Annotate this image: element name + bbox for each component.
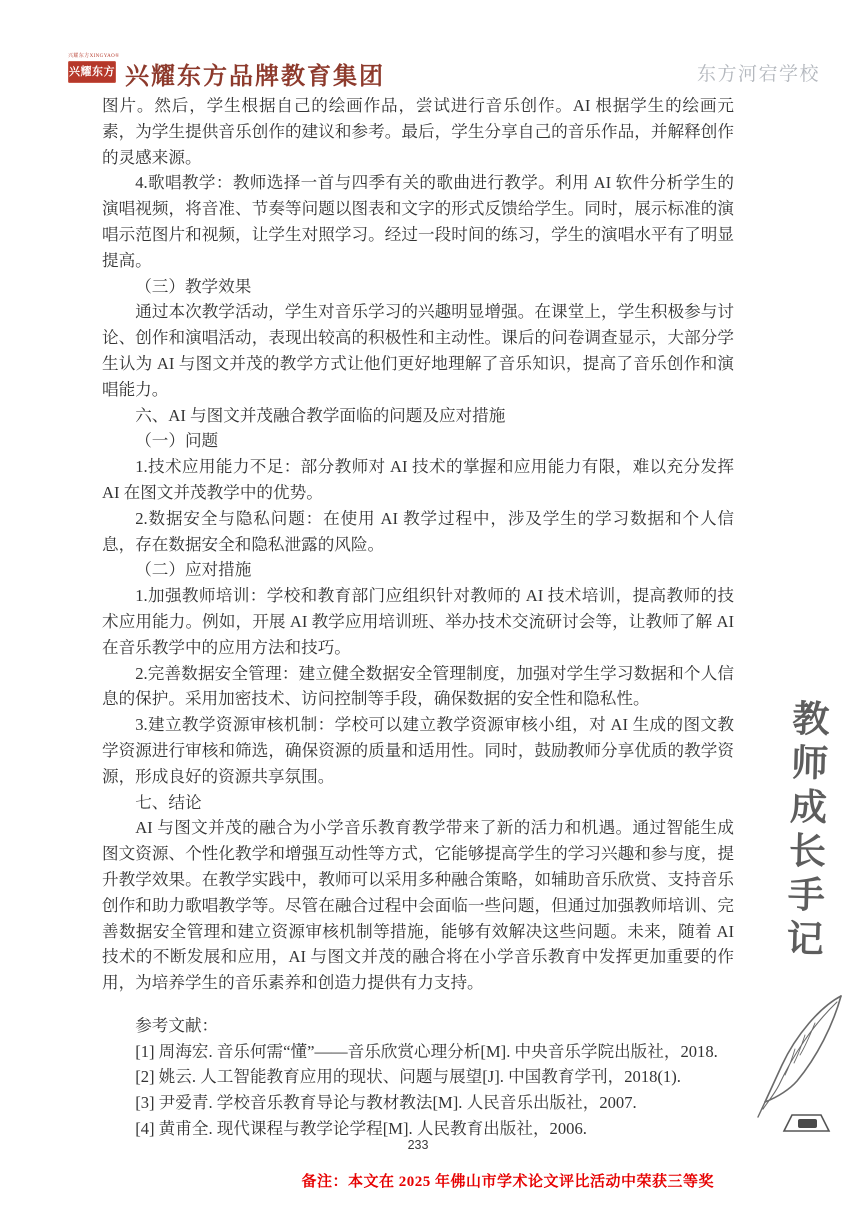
- body-paragraph: 1.技术应用能力不足：部分教师对 AI 技术的掌握和应用能力有限，难以充分发挥 …: [102, 454, 734, 506]
- references-section: 参考文献： [1] 周海宏. 音乐何需“懂”——音乐欣赏心理分析[M]. 中央音…: [102, 1013, 734, 1142]
- brand-seal-logo: 兴耀东方XINGYAO® 兴耀东方: [68, 54, 120, 83]
- section-heading: （二）应对措施: [102, 557, 734, 583]
- body-paragraph: 1.加强教师培训：学校和教育部门应组织针对教师的 AI 技术培训，提高教师的技术…: [102, 583, 734, 660]
- reference-item: [3] 尹爱青. 学校音乐教育导论与教材教法[M]. 人民音乐出版社，2007.: [102, 1090, 734, 1116]
- registered-mark: ®: [115, 54, 119, 59]
- body-paragraph: 4.歌唱教学：教师选择一首与四季有关的歌曲进行教学。利用 AI 软件分析学生的演…: [102, 170, 734, 273]
- document-page: 兴耀东方XINGYAO® 兴耀东方 兴耀东方品牌教育集团 东方河宕学校 图片。然…: [0, 0, 850, 1205]
- section-heading: 七、结论: [102, 790, 734, 816]
- page-number: 233: [102, 1138, 734, 1152]
- references-heading: 参考文献：: [102, 1013, 734, 1039]
- award-note: 备注：本文在 2025 年佛山市学术论文评比活动中荣获三等奖: [102, 1170, 734, 1196]
- body-paragraph: 3.建立教学资源审核机制：学校可以建立教学资源审核小组，对 AI 生成的图文教学…: [102, 712, 734, 789]
- body-paragraph: 2.完善数据安全管理：建立健全数据安全管理制度，加强对学生学习数据和个人信息的保…: [102, 661, 734, 713]
- school-name: 东方河宕学校: [697, 59, 820, 86]
- body-paragraph: 通过本次教学活动，学生对音乐学习的兴趣明显增强。在课堂上，学生积极参与讨论、创作…: [102, 299, 734, 402]
- document-body: 图片。然后，学生根据自己的绘画作品，尝试进行音乐创作。AI 根据学生的绘画元素，…: [102, 93, 734, 1196]
- section-heading: 六、AI 与图文并茂融合教学面临的问题及应对措施: [102, 403, 734, 429]
- section-heading: （三）教学效果: [102, 274, 734, 300]
- page-header: 兴耀东方XINGYAO® 兴耀东方 兴耀东方品牌教育集团 东方河宕学校: [68, 50, 820, 94]
- body-paragraph: 2.数据安全与隐私问题：在使用 AI 教学过程中，涉及学生的学习数据和个人信息，…: [102, 506, 734, 558]
- brand-title: 兴耀东方品牌教育集团: [125, 56, 385, 91]
- quill-ink-icon: [748, 990, 848, 1138]
- seal-top-text: 兴耀东方XINGYAO®: [68, 54, 120, 60]
- reference-item: [1] 周海宏. 音乐何需“懂”——音乐欣赏心理分析[M]. 中央音乐学院出版社…: [102, 1039, 734, 1065]
- section-heading: （一）问题: [102, 428, 734, 454]
- body-paragraph: AI 与图文并茂的融合为小学音乐教育教学带来了新的活力和机遇。通过智能生成图文资…: [102, 815, 734, 996]
- body-paragraph: 图片。然后，学生根据自己的绘画作品，尝试进行音乐创作。AI 根据学生的绘画元素，…: [102, 93, 734, 170]
- watermark-calligraphy: 教师成长手记: [778, 698, 829, 963]
- seal-characters: 兴耀东方: [68, 61, 116, 83]
- reference-item: [2] 姚云. 人工智能教育应用的现状、问题与展望[J]. 中国教育学刊，201…: [102, 1064, 734, 1090]
